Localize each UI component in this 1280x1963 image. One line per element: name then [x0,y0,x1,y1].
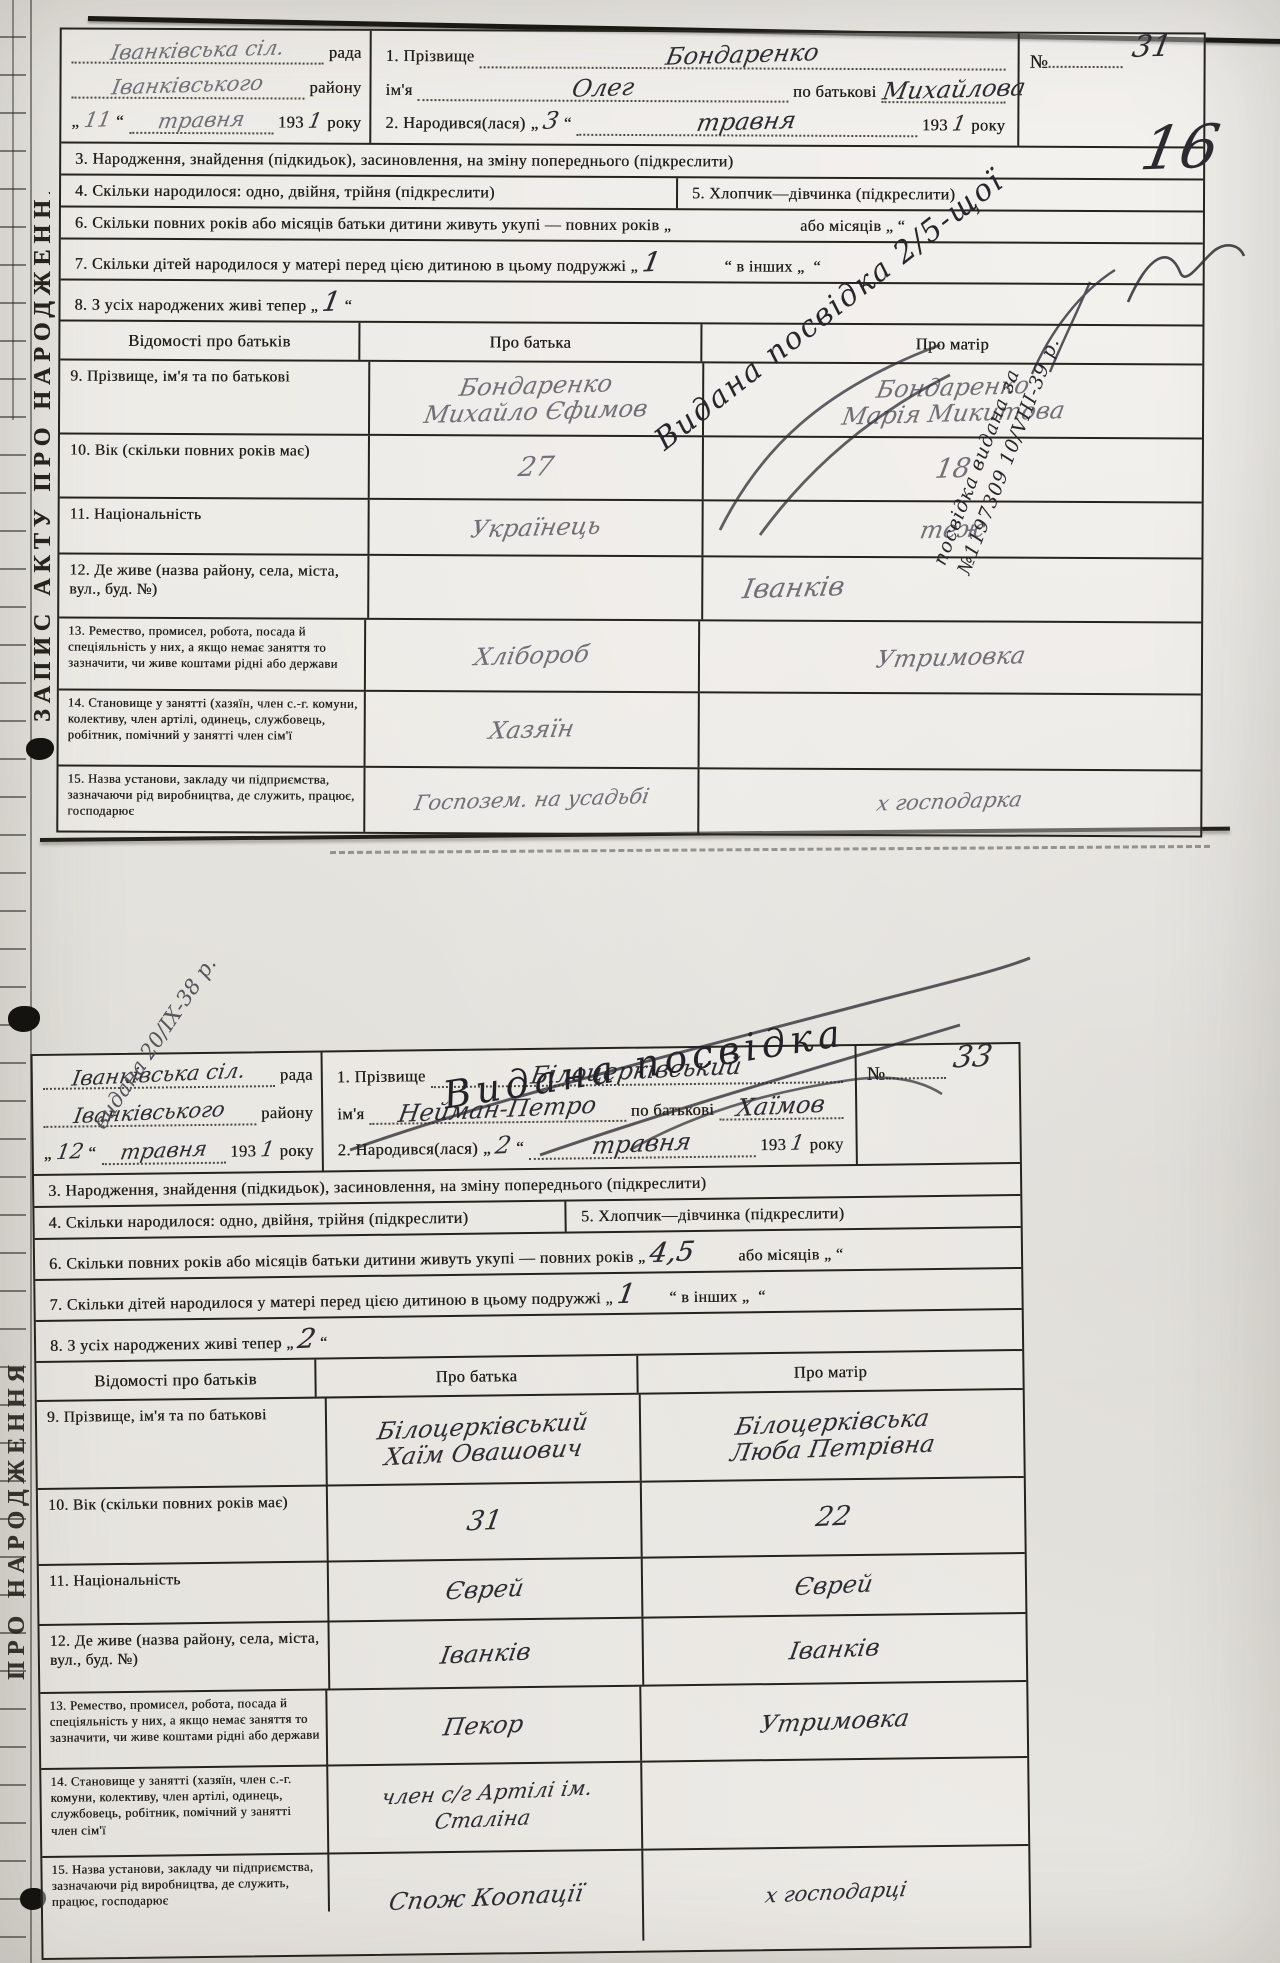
birth-day-entry: 3 [541,108,561,132]
year-prefix: 193 [230,1142,256,1161]
mother-occupation-cell: Утримовка [700,621,1201,693]
year-label: року [971,117,1005,136]
mother-institution: х господарка [875,789,1024,814]
children-before-entry: 1 [640,249,663,276]
mother-given: Марія Микитова [840,398,1067,429]
mother-institution: х господарці [764,1879,909,1907]
council-label: рада [280,1066,313,1085]
council-name-entry: Іванківська сіл. [71,1060,247,1089]
mother-age: 18 [933,455,973,483]
born-label: 2. Народився(лася) [385,114,525,134]
mother-name-cell: БондаренкоМарія Микитова [704,363,1202,437]
mother-occupation-cell: Утримовка [641,1682,1027,1761]
father-nationality: Українець [469,513,603,541]
field-6-label: 6. Скільки повних років або місяців бать… [61,208,917,242]
mother-position-cell [642,1758,1028,1849]
field-4-label: 4. Скільки народилося: одно, двійня, трі… [61,176,678,209]
mother-age-cell: 22 [642,1478,1025,1557]
given-name-entry: Олег [570,74,636,100]
council-label: рада [329,44,362,63]
mother-residence-cell: Іванків [643,1614,1026,1685]
father-residence-cell: Іванків [329,1618,644,1688]
years-together-entry: 4,5 [647,1238,696,1267]
child-name-block: 1. ПрізвищеБілоцерківський ім'яНейман-Пе… [323,1046,856,1170]
field-12-label: 12. Де живе (назва району, села, міста, … [39,1622,330,1692]
father-occupation-cell: Пекор [327,1686,642,1764]
field-5-label: 5. Хлопчик—дівчинка (підкреслити) [678,178,1203,210]
field-5-label: 5. Хлопчик—дівчинка (підкреслити) [567,1196,1021,1232]
district-label: району [261,1104,313,1124]
field-14-label: 14. Становище у занятті (хазяїн, член с.… [59,690,366,765]
year-label: року [809,1135,843,1154]
district-label: району [309,79,361,98]
father-occupation: Пекор [442,1711,526,1739]
mother-institution-cell: х господарці [643,1846,1029,1941]
field-15-label: 15. Назва установи, закладу чи підприємс… [42,1854,330,1915]
scanned-register-page: ЗАПИС АКТУ ПРО НАРОДЖЕННЯ ПРО НАРОДЖЕННЯ… [0,0,1280,1963]
father-age: 27 [516,453,556,481]
table-head-father: Про батька [316,1356,638,1397]
year-prefix: 193 [922,116,948,135]
father-position-cell: Хазяїн [366,691,700,766]
child-name-block: 1. ПрізвищеБондаренко ім'яОлегпо батьков… [371,31,1017,146]
mother-residence-cell: Іванків [703,557,1201,621]
father-institution-cell: Спож Коопації [329,1850,644,1944]
birth-day-entry: 2 [494,1133,513,1158]
field-10-label: 10. Вік (скільки повних років має) [38,1486,329,1564]
mother-nationality-cell: Єврей [643,1554,1026,1617]
father-age: 31 [465,1507,504,1536]
registration-year-digit: 1 [307,110,324,131]
registration-day-entry: 12 [55,1141,85,1163]
registration-month-entry: травня [118,1138,208,1163]
field-9-label: 9. Прізвище, ім'я та по батькові [60,360,370,433]
page-edge-line-top [12,0,14,420]
page-folio-number: 16 [1136,117,1224,180]
council-block: Іванківська сіл.рада Іванківськогорайону… [61,30,371,143]
father-residence: Іванків [439,1639,533,1667]
father-residence-cell [369,555,703,618]
father-institution: Госпозем. на усадьбі [412,786,650,814]
close-quote: “ [516,1138,524,1158]
field-8-label: 8. З усіх народжених живі тепер „ 2 “ [36,1318,340,1361]
father-age-cell: 27 [370,435,704,498]
open-quote: „ [483,1138,491,1158]
mother-nationality: теж [918,516,987,542]
year-label: року [327,114,361,133]
father-nationality-cell: Українець [369,499,703,554]
father-name-cell: БондаренкоМихайло Єфимов [370,361,704,434]
form-header: Іванківська сіл.рада Іванківськогорайону… [61,30,1203,147]
mother-nationality-cell: теж [703,501,1201,557]
father-institution-cell: Госпозем. на усадьбі [365,767,699,832]
mother-position-cell [700,693,1201,769]
father-given: Михайло Єфимов [422,396,650,427]
surname-entry: Білоцерківський [529,1054,743,1088]
patronymic-entry: Хаїмов [735,1091,827,1119]
open-quote: „ [71,112,79,132]
registration-year-digit: 1 [259,1139,276,1161]
ink-smear [330,845,1210,854]
council-block: Іванківська сіл.рада Іванківськогорайону… [33,1053,324,1175]
form-header: Іванківська сіл.рада Іванківськогорайону… [33,1044,1020,1174]
surname-entry: Бондаренко [664,40,821,69]
field-12-label: 12. Де живе (назва району, села, міста, … [59,554,369,617]
mother-age: 22 [814,1503,853,1532]
birth-record-form-2: Іванківська сіл.рада Іванківськогорайону… [31,1042,1032,1960]
patronymic-label: по батькові [793,82,877,101]
father-nationality: Єврей [444,1575,526,1603]
given-name-label: ім'я [337,1105,364,1124]
number-sign: № [867,1064,886,1085]
given-name-label: ім'я [385,80,412,99]
given-name-entry: Нейман-Петро [397,1092,599,1125]
mother-nationality: Єврей [793,1571,875,1599]
registration-day-entry: 11 [82,109,113,131]
record-number-entry: 31 [1130,32,1174,63]
year-label: року [279,1142,313,1161]
mother-residence: Іванків [741,573,847,603]
alive-now-entry: 1 [320,288,343,315]
field-8-label: 8. З усіх народжених живі тепер „ 1 “ [60,281,364,321]
record-number-box: № 33 [854,1044,1019,1164]
father-nationality-cell: Єврей [329,1558,644,1620]
father-position: член с/г Артілі ім. Сталіна [339,1773,630,1841]
margin-title-record-1: ЗАПИС АКТУ ПРО НАРОДЖЕННЯ [30,192,57,722]
ink-blot [26,738,54,760]
field-13-label: 13. Ремество, промисел, робота, посада й… [59,618,366,689]
registration-month-entry: травня [156,109,246,133]
record-number-entry: 33 [951,1042,994,1074]
district-name-entry: Іванківського [111,73,266,99]
father-occupation-cell: Хлібороб [366,619,700,690]
mother-age-cell: 18 [704,437,1202,501]
number-sign: № [1030,52,1049,73]
field-3-label: 3. Народження, знайдення (підкидьок), за… [61,144,745,177]
margin-title-record-2: ПРО НАРОДЖЕННЯ [4,1080,31,1680]
father-position: Хазяїн [487,716,576,743]
father-position-cell: член с/г Артілі ім. Сталіна [328,1762,643,1852]
mother-name-cell: БілоцерківськаЛюба Петрівна [641,1390,1024,1481]
birth-year-digit: 1 [789,1132,806,1154]
field-14-label: 14. Становище у занятті (хазяїн, член с.… [41,1766,329,1855]
council-name-entry: Іванківська сіл. [109,37,286,63]
born-label: 2. Народився(лася) [338,1140,478,1161]
field-13-label: 13. Ремество, промисел, робота, посада й… [40,1690,328,1768]
children-before-entry: 1 [615,1280,637,1308]
close-quote: “ [564,114,572,134]
year-prefix: 193 [760,1136,786,1155]
father-occupation: Хлібороб [473,641,592,668]
table-head-father: Про батька [360,323,702,361]
surname-label: 1. Прізвище [337,1067,426,1087]
patronymic-entry: Михайлова [881,75,1028,103]
ink-blot [8,1006,40,1032]
birth-year-digit: 1 [951,113,968,134]
alive-now-entry: 2 [296,1325,318,1353]
father-age-cell: 31 [328,1482,643,1560]
field-11-label: 11. Національність [59,498,369,553]
open-quote: „ [531,114,539,134]
district-name-entry: Іванківського [72,1099,226,1127]
surname-label: 1. Прізвище [386,47,475,66]
field-9-label: 9. Прізвище, ім'я та по батькові [37,1398,328,1488]
mother-occupation: Утримовка [758,1705,911,1736]
field-7-label: 7. Скільки дітей народилося у матері пер… [61,240,833,282]
mother-occupation: Утримовка [874,643,1027,671]
table-head-parents: Відомості про батьків [36,1360,316,1400]
close-quote: “ [116,112,124,132]
father-name-cell: БілоцерківськийХаїм Овашович [327,1394,642,1484]
birth-month-entry: травня [591,1129,694,1158]
field-15-label: 15. Назва установи, закладу чи підприємс… [58,766,365,831]
mother-institution-cell: х господарка [699,769,1200,835]
father-institution: Спож Коопації [387,1881,585,1914]
birth-month-entry: травня [695,108,798,135]
year-prefix: 193 [278,113,304,132]
open-quote: „ [44,1144,52,1164]
field-11-label: 11. Національність [39,1562,330,1624]
field-10-label: 10. Вік (скільки повних років має) [60,434,370,497]
table-head-mother: Про матір [638,1351,1022,1392]
close-quote: “ [88,1143,96,1163]
table-head-mother: Про матір [702,324,1202,363]
patronymic-label: по батькові [631,1100,715,1120]
mother-residence: Іванків [788,1635,882,1663]
birth-record-form-1: Іванківська сіл.рада Іванківськогорайону… [56,28,1206,838]
table-head-parents: Відомості про батьків [60,322,360,360]
